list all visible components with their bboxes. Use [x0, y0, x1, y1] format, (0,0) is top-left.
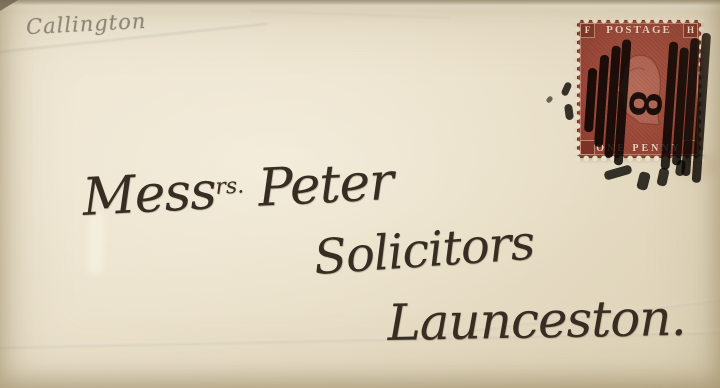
- cancel-number-slot: 8: [627, 76, 665, 132]
- pencil-annotation: Callington: [25, 9, 146, 39]
- address-line-2: Solicitors: [312, 215, 536, 286]
- addressee-name: Peter: [257, 152, 395, 219]
- cancel-ink-speck: [560, 81, 572, 97]
- envelope-cover-photo: Callington Messrs.Peter Solicitors Launc…: [0, 0, 720, 388]
- address-salutation-superscript: rs.: [215, 173, 245, 199]
- cancel-ink-speck: [545, 95, 553, 104]
- address-line-3: Launceston.: [387, 289, 686, 352]
- torn-top-edge: [0, 0, 720, 12]
- address-salutation: Mess: [81, 161, 217, 228]
- address-line-1: Messrs.Peter: [81, 152, 395, 228]
- backdrop-corner-wedge: [0, 0, 18, 11]
- barred-numeral-cancel: 8: [581, 24, 711, 184]
- cancel-ink-fragment: [656, 167, 670, 187]
